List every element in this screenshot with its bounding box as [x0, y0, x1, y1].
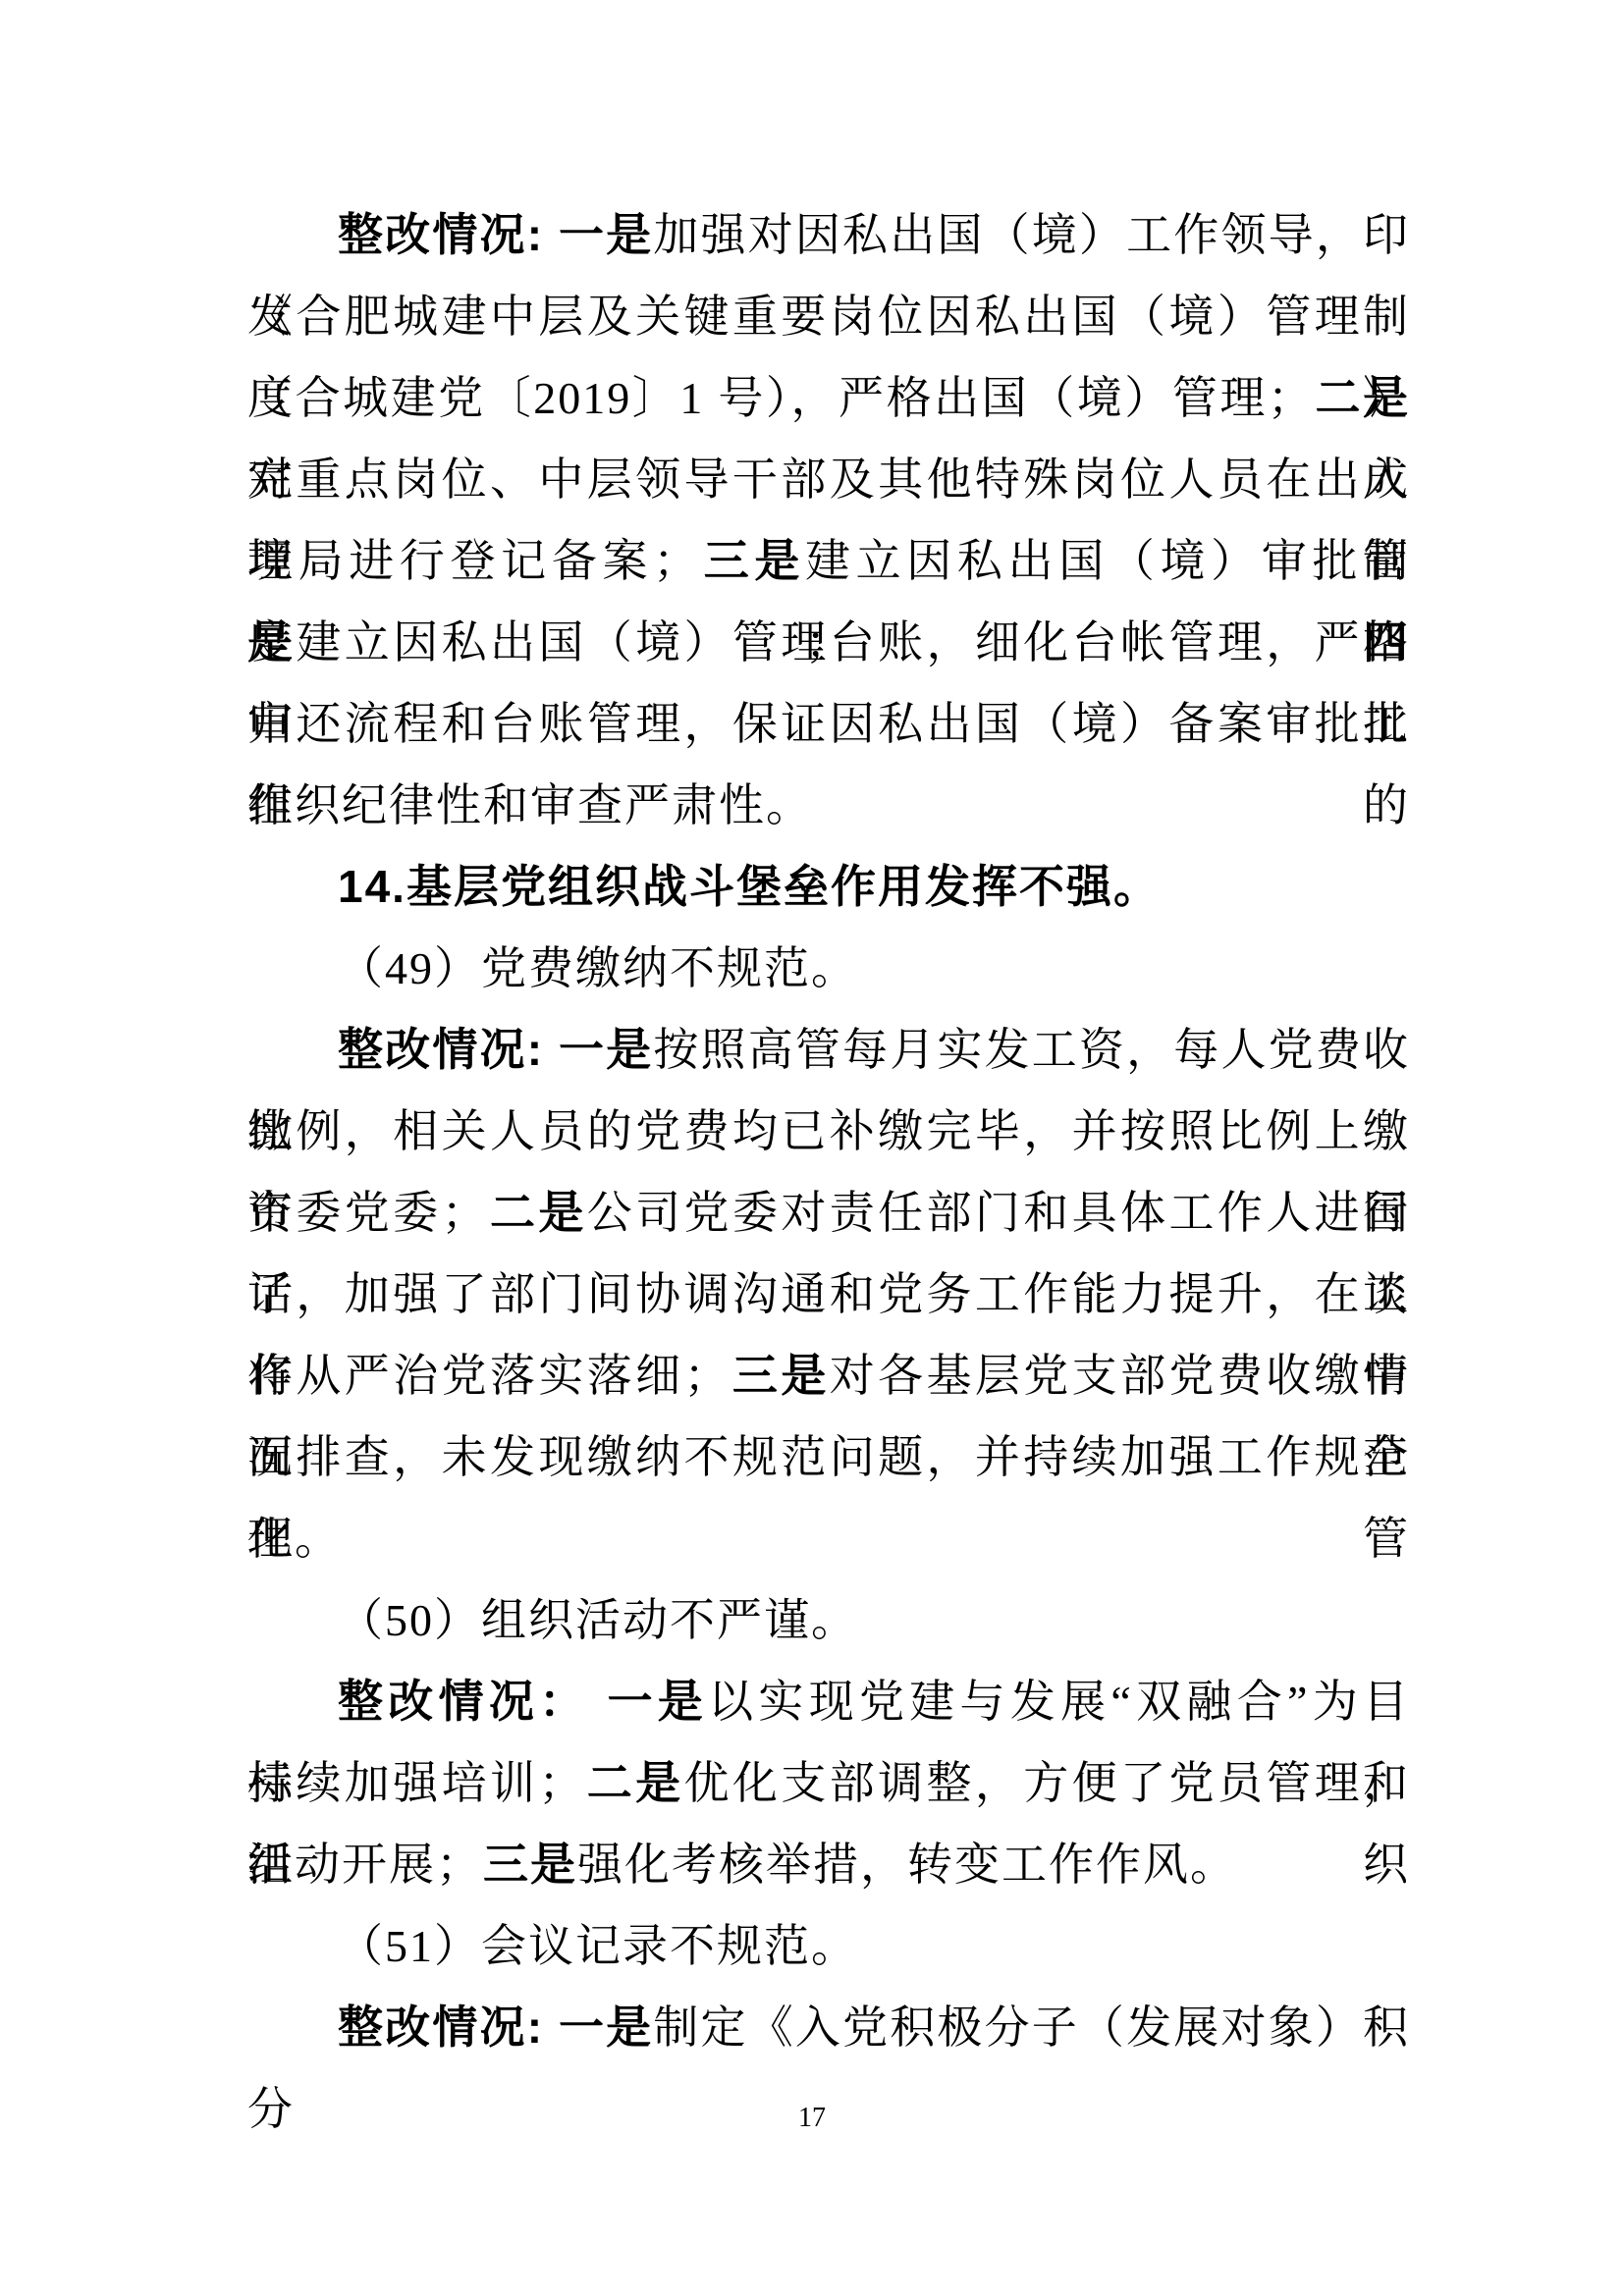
text-line-13: 资委党委；二是公司党委对责任部门和具体工作人进行了谈: [247, 1172, 1410, 1254]
bold-text-segment: 三是: [700, 535, 805, 586]
bold-text-segment: 整改情况: 一是: [338, 1024, 653, 1075]
bold-text-segment: 整改情况： 一是: [338, 1676, 708, 1727]
text-segment: 资委党委；: [247, 1188, 489, 1238]
text-line-12: 比例，相关人员的党费均已补缴完毕，并按照比例上缴市国: [247, 1091, 1410, 1172]
text-line-2: 《合肥城建中层及关键重要岗位因私出国（境）管理制度》: [247, 276, 1410, 357]
bold-text-segment: 三是: [731, 1350, 830, 1401]
bold-text-segment: 二是: [1315, 372, 1410, 423]
text-line-3: （合城建党〔2019〕1 号），严格出国（境）管理；二是完成: [247, 357, 1410, 439]
text-line-7: 归还流程和台账管理，保证因私出国（境）备案审批工作的: [247, 683, 1410, 765]
text-line-18: （50）组织活动不严谨。: [247, 1579, 1410, 1661]
text-segment: （51）会议记录不规范。: [338, 1921, 858, 1971]
text-line-11: 整改情况: 一是按照高管每月实发工资，每人党费收缴: [247, 1009, 1410, 1091]
text-segment: 理局进行登记备案；: [247, 536, 700, 586]
text-segment: （49）党费缴纳不规范。: [338, 943, 858, 993]
text-line-4: 对重点岗位、中层领导干部及其他特殊岗位人员在出入境管: [247, 439, 1410, 520]
text-line-5: 理局进行登记备案；三是建立因私出国（境）审批制度；四: [247, 520, 1410, 602]
text-segment: 理。: [247, 1514, 342, 1564]
text-line-15: 将从严治党落实落细；三是对各基层党支部党费收缴情况全: [247, 1335, 1410, 1416]
text-segment: （50）组织活动不严谨。: [338, 1595, 858, 1645]
text-line-19: 整改情况： 一是以实现党建与发展“双融合”为目标，: [247, 1661, 1410, 1742]
section-heading: 14.基层党组织战斗堡垒作用发挥不强。: [247, 846, 1410, 928]
text-line-10: （49）党费缴纳不规范。: [247, 928, 1410, 1009]
text-line-16: 面排查，未发现缴纳不规范问题，并持续加强工作规范化管: [247, 1416, 1410, 1498]
bold-text-segment: 是: [247, 616, 296, 667]
bold-text-segment: 14.基层党组织战斗堡垒作用发挥不强。: [338, 861, 1161, 912]
text-line-20: 持续加强培训；二是优化支部调整，方便了党员管理和组织: [247, 1742, 1410, 1824]
text-line-22: （51）会议记录不规范。: [247, 1905, 1410, 1987]
text-segment: 强化考核举措，转变工作作风。: [577, 1840, 1237, 1890]
document-page: 整改情况: 一是加强对因私出国（境）工作领导，印发 《合肥城建中层及关键重要岗位…: [0, 0, 1624, 2296]
bold-text-segment: 二是: [489, 1187, 587, 1238]
text-segment: 面排查，未发现缴纳不规范问题，并持续加强工作规范化管: [247, 1432, 1410, 1564]
text-segment: 持续加强培训；: [247, 1758, 585, 1808]
text-segment: （合城建党〔2019〕1 号），严格出国（境）管理；: [247, 373, 1315, 423]
page-number: 17: [0, 2091, 1624, 2146]
text-block: 整改情况: 一是加强对因私出国（境）工作领导，印发 《合肥城建中层及关键重要岗位…: [247, 194, 1410, 2068]
text-segment: 将从严治党落实落细；: [247, 1351, 731, 1401]
bold-text-segment: 二是: [585, 1757, 683, 1808]
text-line-6: 是建立因私出国（境）管理台账，细化台帐管理，严格审批: [247, 602, 1410, 683]
text-line-1: 整改情况: 一是加强对因私出国（境）工作领导，印发: [247, 194, 1410, 276]
text-line-23: 整改情况: 一是制定《入党积极分子（发展对象）积分: [247, 1987, 1410, 2068]
bold-text-segment: 整改情况: 一是: [338, 2002, 653, 2053]
text-segment: 活动开展；: [247, 1840, 483, 1890]
bold-text-segment: 三是: [483, 1839, 577, 1890]
text-line-21: 活动开展；三是强化考核举措，转变工作作风。: [247, 1824, 1410, 1905]
bold-text-segment: 整改情况: 一是: [338, 209, 653, 260]
text-line-14: 话，加强了部门间协调沟通和党务工作能力提升，在工作中: [247, 1254, 1410, 1335]
text-segment: 组织纪律性和审查严肃性。: [247, 780, 813, 830]
